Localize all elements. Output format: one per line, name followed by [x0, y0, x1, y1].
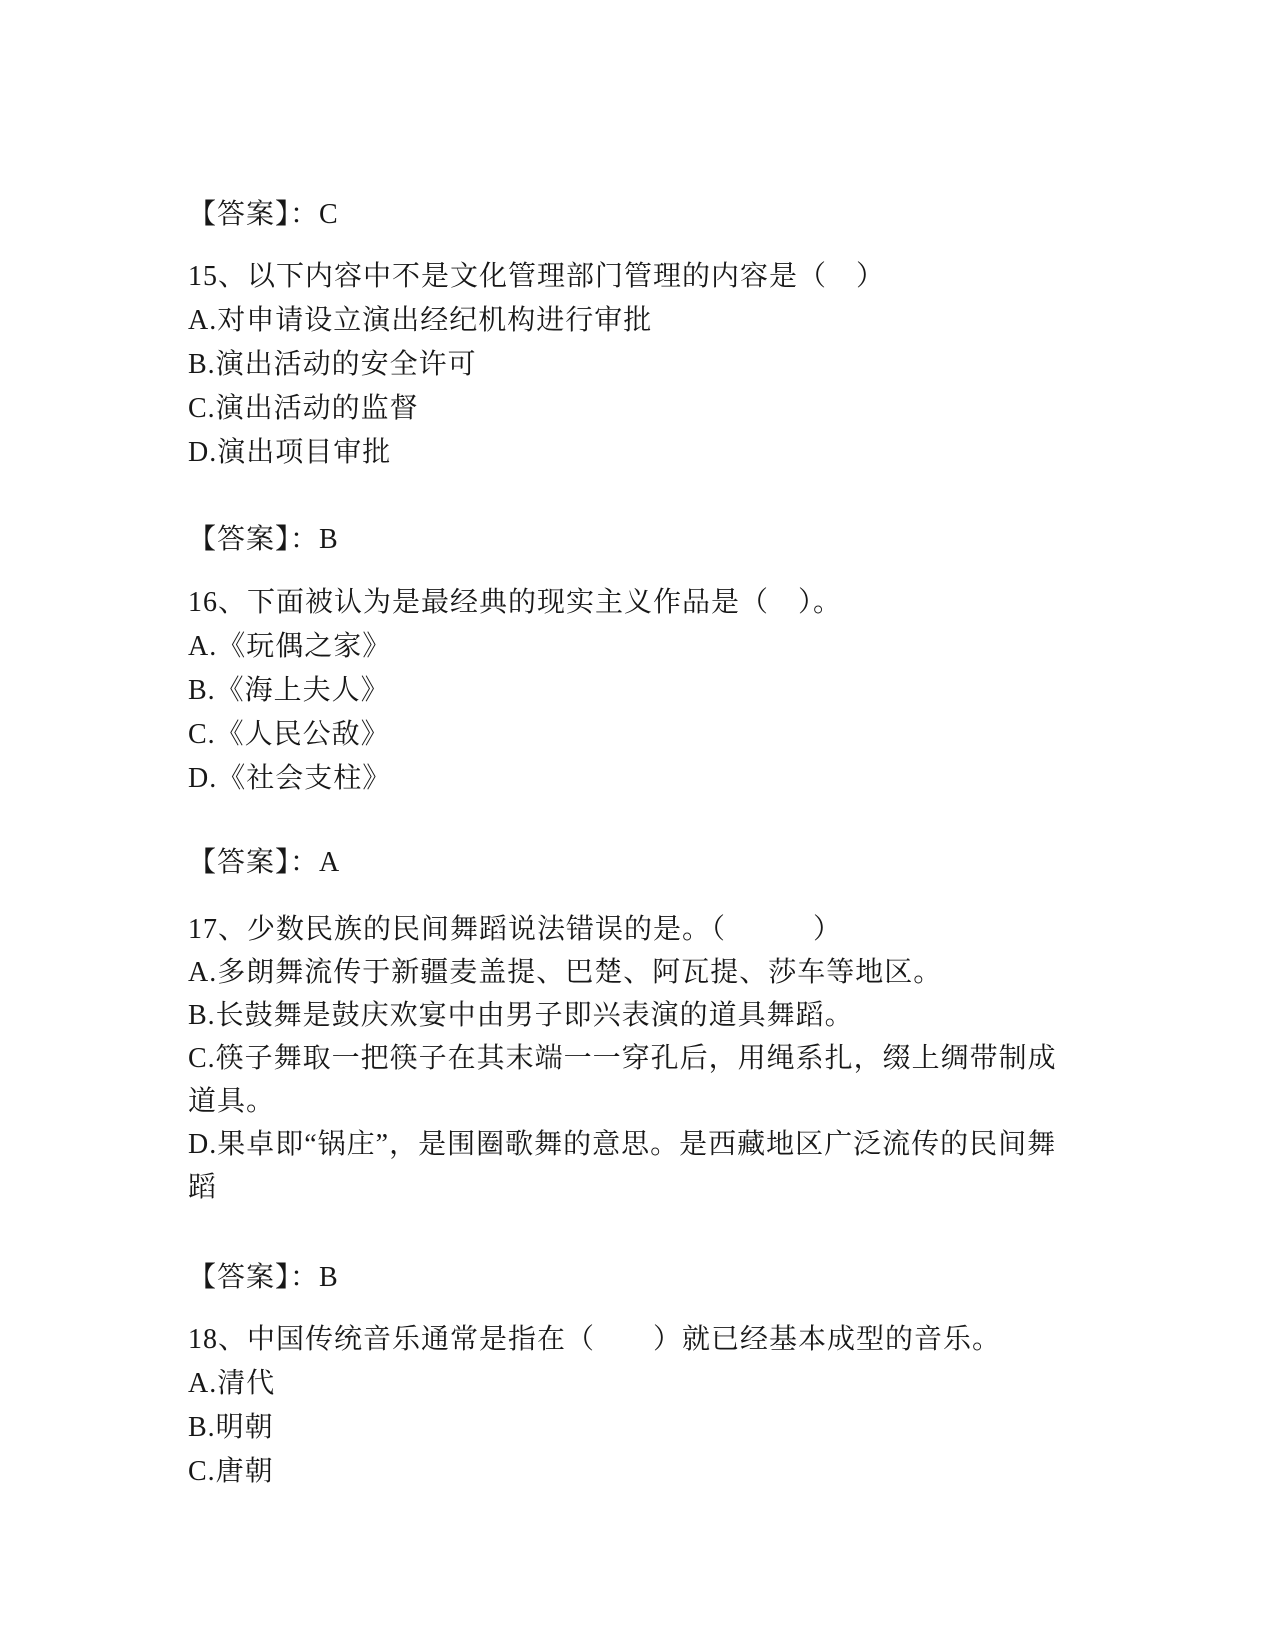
question-18-option-b: B.明朝 — [188, 1406, 1078, 1450]
question-15-option-a: A.对申请设立演出经纪机构进行审批 — [188, 299, 1078, 343]
question-16-option-c: C.《人民公敌》 — [188, 713, 1078, 757]
question-16-title: 16、下面被认为是最经典的现实主义作品是（ ）。 — [188, 581, 1078, 625]
question-15: 15、以下内容中不是文化管理部门管理的内容是（ ） A.对申请设立演出经纪机构进… — [188, 255, 1078, 475]
question-15-option-b: B.演出活动的安全许可 — [188, 343, 1078, 387]
question-15-option-d: D.演出项目审批 — [188, 431, 1078, 475]
question-17-title: 17、少数民族的民间舞蹈说法错误的是。（ ） — [188, 908, 1078, 951]
document-page: 【答案】：C 15、以下内容中不是文化管理部门管理的内容是（ ） A.对申请设立… — [0, 0, 1275, 1650]
question-17-option-b: B.长鼓舞是鼓庆欢宴中由男子即兴表演的道具舞蹈。 — [188, 994, 1078, 1037]
answer-line-q16: 【答案】：A — [188, 841, 1088, 885]
question-18-option-a: A.清代 — [188, 1362, 1078, 1406]
question-17: 17、少数民族的民间舞蹈说法错误的是。（ ） A.多朗舞流传于新疆麦盖提、巴楚、… — [188, 908, 1078, 1209]
question-18-title: 18、中国传统音乐通常是指在（ ）就已经基本成型的音乐。 — [188, 1318, 1078, 1362]
question-18-option-c: C.唐朝 — [188, 1450, 1078, 1494]
question-18: 18、中国传统音乐通常是指在（ ）就已经基本成型的音乐。 A.清代 B.明朝 C… — [188, 1318, 1078, 1494]
question-17-option-c: C.筷子舞取一把筷子在其末端一一穿孔后，用绳系扎，缀上绸带制成道具。 — [188, 1037, 1078, 1123]
answer-line-q15: 【答案】：B — [188, 518, 1088, 562]
answer-line-q14: 【答案】：C — [188, 193, 1088, 237]
question-16-option-d: D.《社会支柱》 — [188, 757, 1078, 801]
question-17-option-d: D.果卓即“锅庄”，是围圈歌舞的意思。是西藏地区广泛流传的民间舞蹈 — [188, 1123, 1078, 1209]
answer-line-q17: 【答案】：B — [188, 1256, 1088, 1300]
question-17-option-a: A.多朗舞流传于新疆麦盖提、巴楚、阿瓦提、莎车等地区。 — [188, 951, 1078, 994]
question-15-title: 15、以下内容中不是文化管理部门管理的内容是（ ） — [188, 255, 1078, 299]
question-15-option-c: C.演出活动的监督 — [188, 387, 1078, 431]
question-16-option-a: A.《玩偶之家》 — [188, 625, 1078, 669]
question-16: 16、下面被认为是最经典的现实主义作品是（ ）。 A.《玩偶之家》 B.《海上夫… — [188, 581, 1078, 801]
question-16-option-b: B.《海上夫人》 — [188, 669, 1078, 713]
